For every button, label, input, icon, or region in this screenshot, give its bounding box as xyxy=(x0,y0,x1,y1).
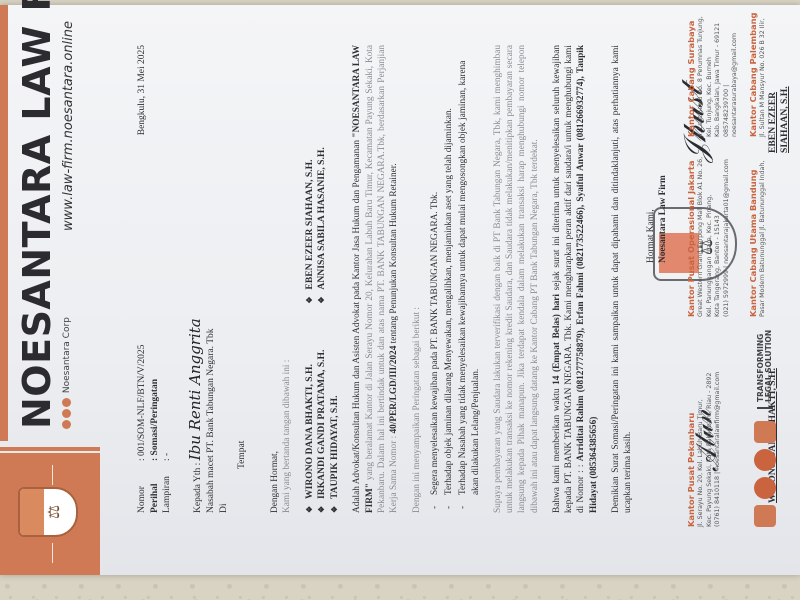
signer-item: TAUPIK HIDAYAT, S.H. xyxy=(329,350,342,499)
partner-logos: TRANSFORMING LEGAL SOLUTION xyxy=(754,330,776,527)
recipient-handwritten-name: Ibu Renti Anggrita xyxy=(186,318,204,460)
logo-block: ⚖ xyxy=(0,453,100,575)
paragraph-deadline: Bahwa kami memberikan waktu 14 (Empat Be… xyxy=(551,45,600,513)
social-line: Noesantara Corp xyxy=(62,317,74,429)
meta-key: Lampiran xyxy=(161,461,174,513)
paragraph-identity: Adalah Advokat/Konsultan Hukum dan Asist… xyxy=(351,45,400,513)
social-label: Noesantara Corp xyxy=(62,317,72,393)
letter-meta: Nomor: 001/SOM-NLF/BTN/V/2025 Perihal: S… xyxy=(136,45,174,513)
paragraph-payment: Supaya pembayaran yang Saudara lakukan t… xyxy=(492,45,541,513)
brand-name: NOESANTARA LAW FIRM xyxy=(12,0,62,429)
signer-item: EBEN EZEER SIAHAAN, S.H. xyxy=(304,147,317,289)
paragraph-warning-intro: Dengan ini menyampaikan Peringatan sebag… xyxy=(411,45,423,513)
place-date: Bengkulu, 31 Mei 2025 xyxy=(136,45,149,135)
recipient-line: Nasabah macet PT. Bank Tabungan Negara. … xyxy=(205,45,218,513)
divider xyxy=(52,465,53,485)
letter-page: ⚖ NOESANTARA LAW FIRM Noesantara Corp ww… xyxy=(0,5,800,575)
paragraph-closing: Demikian Surat Somasi/Peringatan ini kam… xyxy=(610,45,635,513)
tagline: TRANSFORMING LEGAL SOLUTION xyxy=(757,330,774,409)
office-bandung: Kantor Cabang Utama Bandung Pasar Modern… xyxy=(748,147,768,317)
youtube-icon xyxy=(62,398,71,407)
intro-line: Kami yang bertanda tangan dibawah ini : xyxy=(281,45,293,513)
closing-firm: Noesantara Law Firm xyxy=(657,175,669,263)
divider xyxy=(52,543,53,563)
shield-logo-icon: ⚖ xyxy=(18,487,78,537)
warning-point: Segera menyelesaikan kewajiban pada PT. … xyxy=(429,45,441,495)
website-url: www.law-firm.noesantara.online xyxy=(60,21,77,231)
partner-logo-icon xyxy=(754,449,776,471)
office-pekanbaru: Kantor Pusat Pekanbaru Jl. Serayu No. 20… xyxy=(686,357,723,527)
letter-footer: Kantor Pusat Pekanbaru Jl. Serayu No. 20… xyxy=(686,23,786,557)
partner-logo-icon xyxy=(754,477,776,499)
instagram-icon xyxy=(62,420,71,429)
closing-salutation: Hormat Kami, xyxy=(645,209,657,263)
recipient-di: Di xyxy=(218,45,231,513)
office-palembang: Kantor Cabang Palembang Jl. Sultan M Man… xyxy=(748,7,768,137)
partner-logo-icon xyxy=(754,421,776,443)
meta-value: : 001/SOM-NLF/BTN/V/2025 xyxy=(136,341,149,461)
facebook-icon xyxy=(62,409,71,418)
meta-key: Perihal xyxy=(149,461,162,513)
signer-item: ANNISA SABILA HASANIE, S.H. xyxy=(316,147,329,289)
office-surabaya: Kantor Cabang Surabaya Jl. Laut Sawu No.… xyxy=(686,7,740,137)
signer-list: WIRONO DANA BHAKTI, S.H. IRKANDI GANDI P… xyxy=(304,45,342,513)
meta-key: Nomor xyxy=(136,461,149,513)
signer-item: WIRONO DANA BHAKTI, S.H. xyxy=(304,350,317,499)
office-jakarta: Kantor Pusat Operasional Jakarta Great W… xyxy=(686,147,731,317)
warning-points: Segera menyelesaikan kewajiban pada PT. … xyxy=(429,45,482,513)
partner-logo-icon xyxy=(754,505,776,527)
signer-item: IRKANDI GANDI PRATAMA, S.H. xyxy=(316,350,329,499)
meta-value: : Somasi/Peringatan xyxy=(149,341,162,461)
recipient-tempat: Tempat xyxy=(236,45,249,469)
warning-point: Terhadap Nasabah yang tidak menyelesaika… xyxy=(457,45,482,495)
greeting: Dengan Hormat, xyxy=(269,45,281,513)
warning-point: Terhadap objek jaminan dilarang Menyewak… xyxy=(443,45,455,495)
meta-value: : - xyxy=(161,341,174,461)
header-stripe xyxy=(0,5,8,441)
recipient-prefix: Kepada Yth : xyxy=(193,463,203,513)
recipient-block: Kepada Yth : Ibu Renti Anggrita Nasabah … xyxy=(186,45,249,513)
divider xyxy=(0,447,100,451)
letterhead: ⚖ NOESANTARA LAW FIRM Noesantara Corp ww… xyxy=(0,5,118,575)
